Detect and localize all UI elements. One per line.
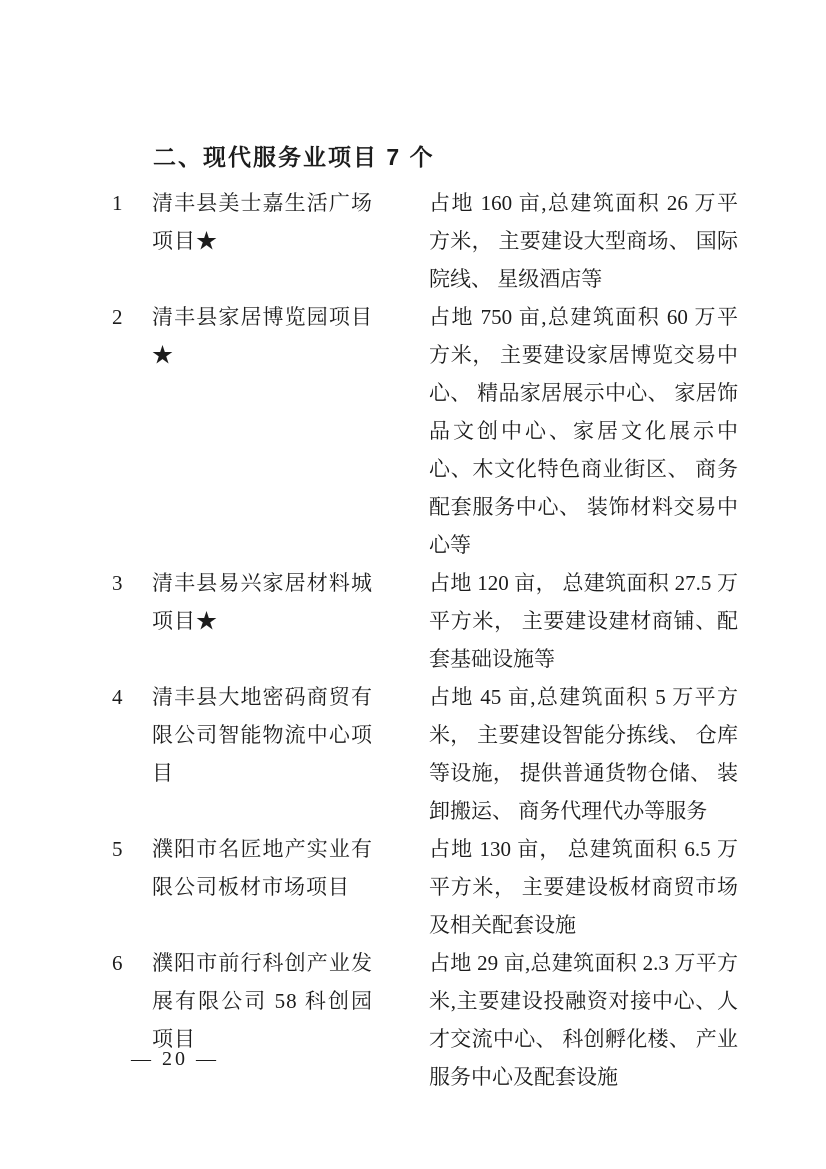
project-description: 占地 120 亩， 总建筑面积 27.5 万平方米， 主要建设建材商铺、配套基础…: [429, 564, 738, 678]
project-description: 占地 45 亩,总建筑面积 5 万平方米， 主要建设智能分拣线、 仓库等设施， …: [429, 678, 738, 830]
document-page: 二、现代服务业项目 7 个 1 清丰县美士嘉生活广场项目★ 占地 160 亩,总…: [0, 0, 826, 1169]
project-list: 1 清丰县美士嘉生活广场项目★ 占地 160 亩,总建筑面积 26 万平方米， …: [112, 184, 738, 1096]
project-number: 5: [112, 830, 152, 868]
project-number: 1: [112, 184, 152, 222]
project-name: 濮阳市前行科创产业发展有限公司 58 科创园项目: [152, 944, 373, 1058]
project-name: 清丰县易兴家居材料城项目★: [152, 564, 373, 640]
project-description: 占地 160 亩,总建筑面积 26 万平方米， 主要建设大型商场、 国际院线、 …: [429, 184, 738, 298]
project-name: 濮阳市名匠地产实业有限公司板材市场项目: [152, 830, 373, 906]
project-description: 占地 29 亩,总建筑面积 2.3 万平方米,主要建设投融资对接中心、人才交流中…: [429, 944, 738, 1096]
project-row-1: 1 清丰县美士嘉生活广场项目★ 占地 160 亩,总建筑面积 26 万平方米， …: [112, 184, 738, 298]
project-name: 清丰县美士嘉生活广场项目★: [152, 184, 373, 260]
project-row-4: 4 清丰县大地密码商贸有限公司智能物流中心项目 占地 45 亩,总建筑面积 5 …: [112, 678, 738, 830]
project-number: 4: [112, 678, 152, 716]
project-number: 3: [112, 564, 152, 602]
project-row-5: 5 濮阳市名匠地产实业有限公司板材市场项目 占地 130 亩， 总建筑面积 6.…: [112, 830, 738, 944]
project-description: 占地 750 亩,总建筑面积 60 万平方米， 主要建设家居博览交易中心、 精品…: [429, 298, 738, 564]
project-number: 2: [112, 298, 152, 336]
project-row-3: 3 清丰县易兴家居材料城项目★ 占地 120 亩， 总建筑面积 27.5 万平方…: [112, 564, 738, 678]
project-row-6: 6 濮阳市前行科创产业发展有限公司 58 科创园项目 占地 29 亩,总建筑面积…: [112, 944, 738, 1096]
section-heading: 二、现代服务业项目 7 个: [153, 139, 435, 172]
project-name: 清丰县大地密码商贸有限公司智能物流中心项目: [152, 678, 373, 792]
project-row-2: 2 清丰县家居博览园项目★ 占地 750 亩,总建筑面积 60 万平方米， 主要…: [112, 298, 738, 564]
project-description: 占地 130 亩， 总建筑面积 6.5 万平方米， 主要建设板材商贸市场及相关配…: [429, 830, 738, 944]
project-name: 清丰县家居博览园项目★: [152, 298, 373, 374]
project-number: 6: [112, 944, 152, 982]
page-number: — 20 —: [131, 1048, 219, 1071]
